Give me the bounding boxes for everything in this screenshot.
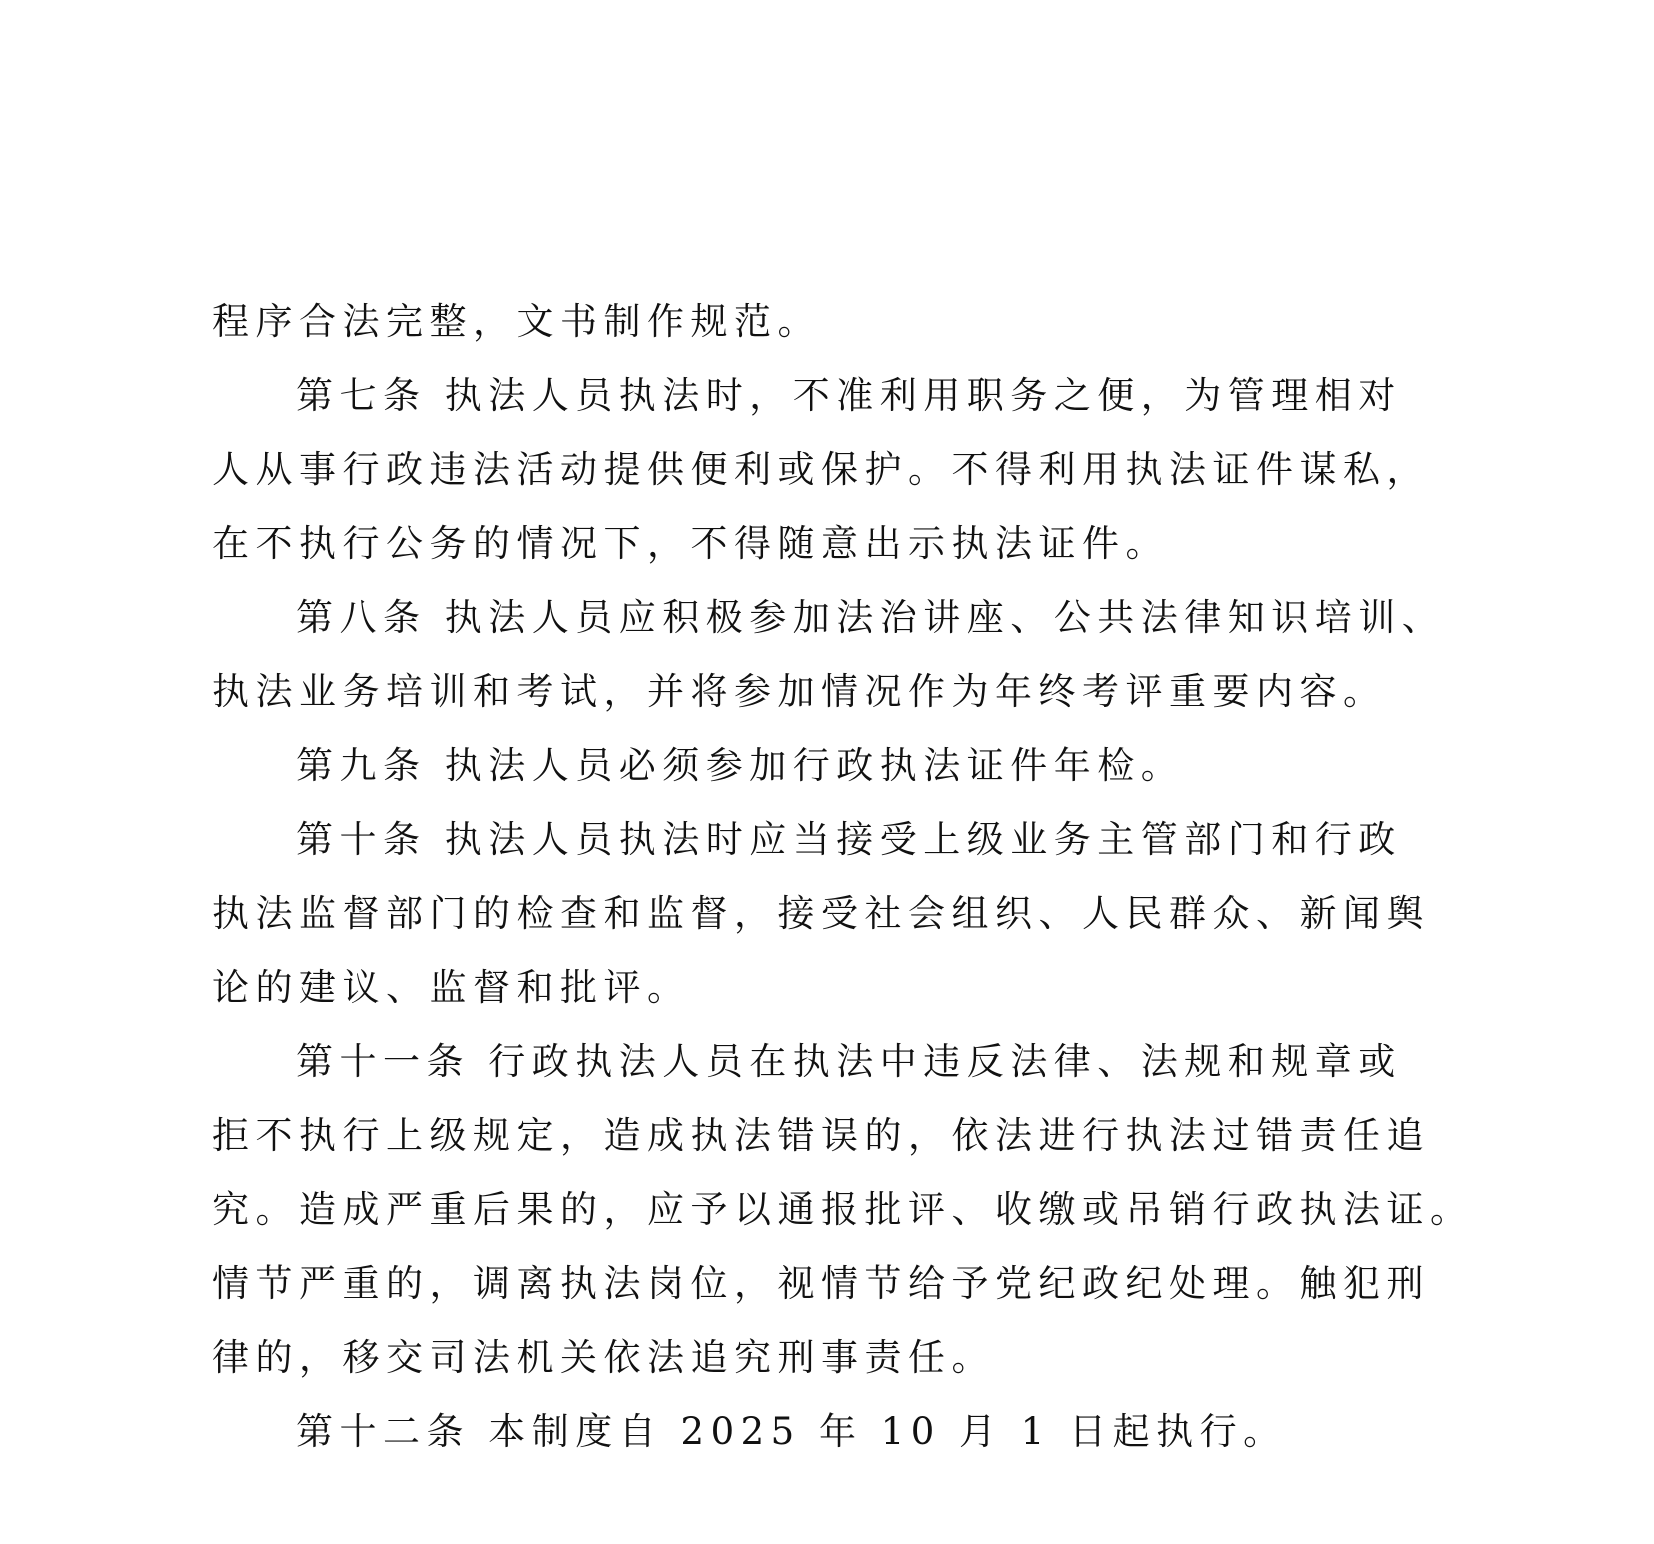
article-9-line-1: 第九条 执法人员必须参加行政执法证件年检。 — [296, 742, 1376, 790]
article-11-line-4: 情节严重的，调离执法岗位，视情节给予党纪政纪处理。触犯刑 — [212, 1260, 1372, 1308]
text-line-continuation: 程序合法完整，文书制作规范。 — [212, 298, 1372, 346]
document-page: 程序合法完整，文书制作规范。 第七条 执法人员执法时，不准利用职务之便，为管理相… — [0, 0, 1654, 1544]
article-8-line-2: 执法业务培训和考试，并将参加情况作为年终考评重要内容。 — [212, 668, 1372, 716]
article-11-line-1: 第十一条 行政执法人员在执法中违反法律、法规和规章或 — [296, 1038, 1376, 1086]
article-10-line-2: 执法监督部门的检查和监督，接受社会组织、人民群众、新闻舆 — [212, 890, 1372, 938]
article-11-line-3: 究。造成严重后果的，应予以通报批评、收缴或吊销行政执法证。 — [212, 1186, 1372, 1234]
article-8-line-1: 第八条 执法人员应积极参加法治讲座、公共法律知识培训、 — [296, 594, 1376, 642]
article-7-line-1: 第七条 执法人员执法时，不准利用职务之便，为管理相对 — [296, 372, 1376, 420]
article-10-line-1: 第十条 执法人员执法时应当接受上级业务主管部门和行政 — [296, 816, 1376, 864]
article-12-line-1: 第十二条 本制度自 2025 年 10 月 1 日起执行。 — [296, 1408, 1376, 1456]
article-7-line-2: 人从事行政违法活动提供便利或保护。不得利用执法证件谋私， — [212, 446, 1372, 494]
article-10-line-3: 论的建议、监督和批评。 — [212, 964, 1372, 1012]
article-11-line-5: 律的，移交司法机关依法追究刑事责任。 — [212, 1334, 1372, 1382]
article-11-line-2: 拒不执行上级规定，造成执法错误的，依法进行执法过错责任追 — [212, 1112, 1372, 1160]
article-7-line-3: 在不执行公务的情况下，不得随意出示执法证件。 — [212, 520, 1372, 568]
